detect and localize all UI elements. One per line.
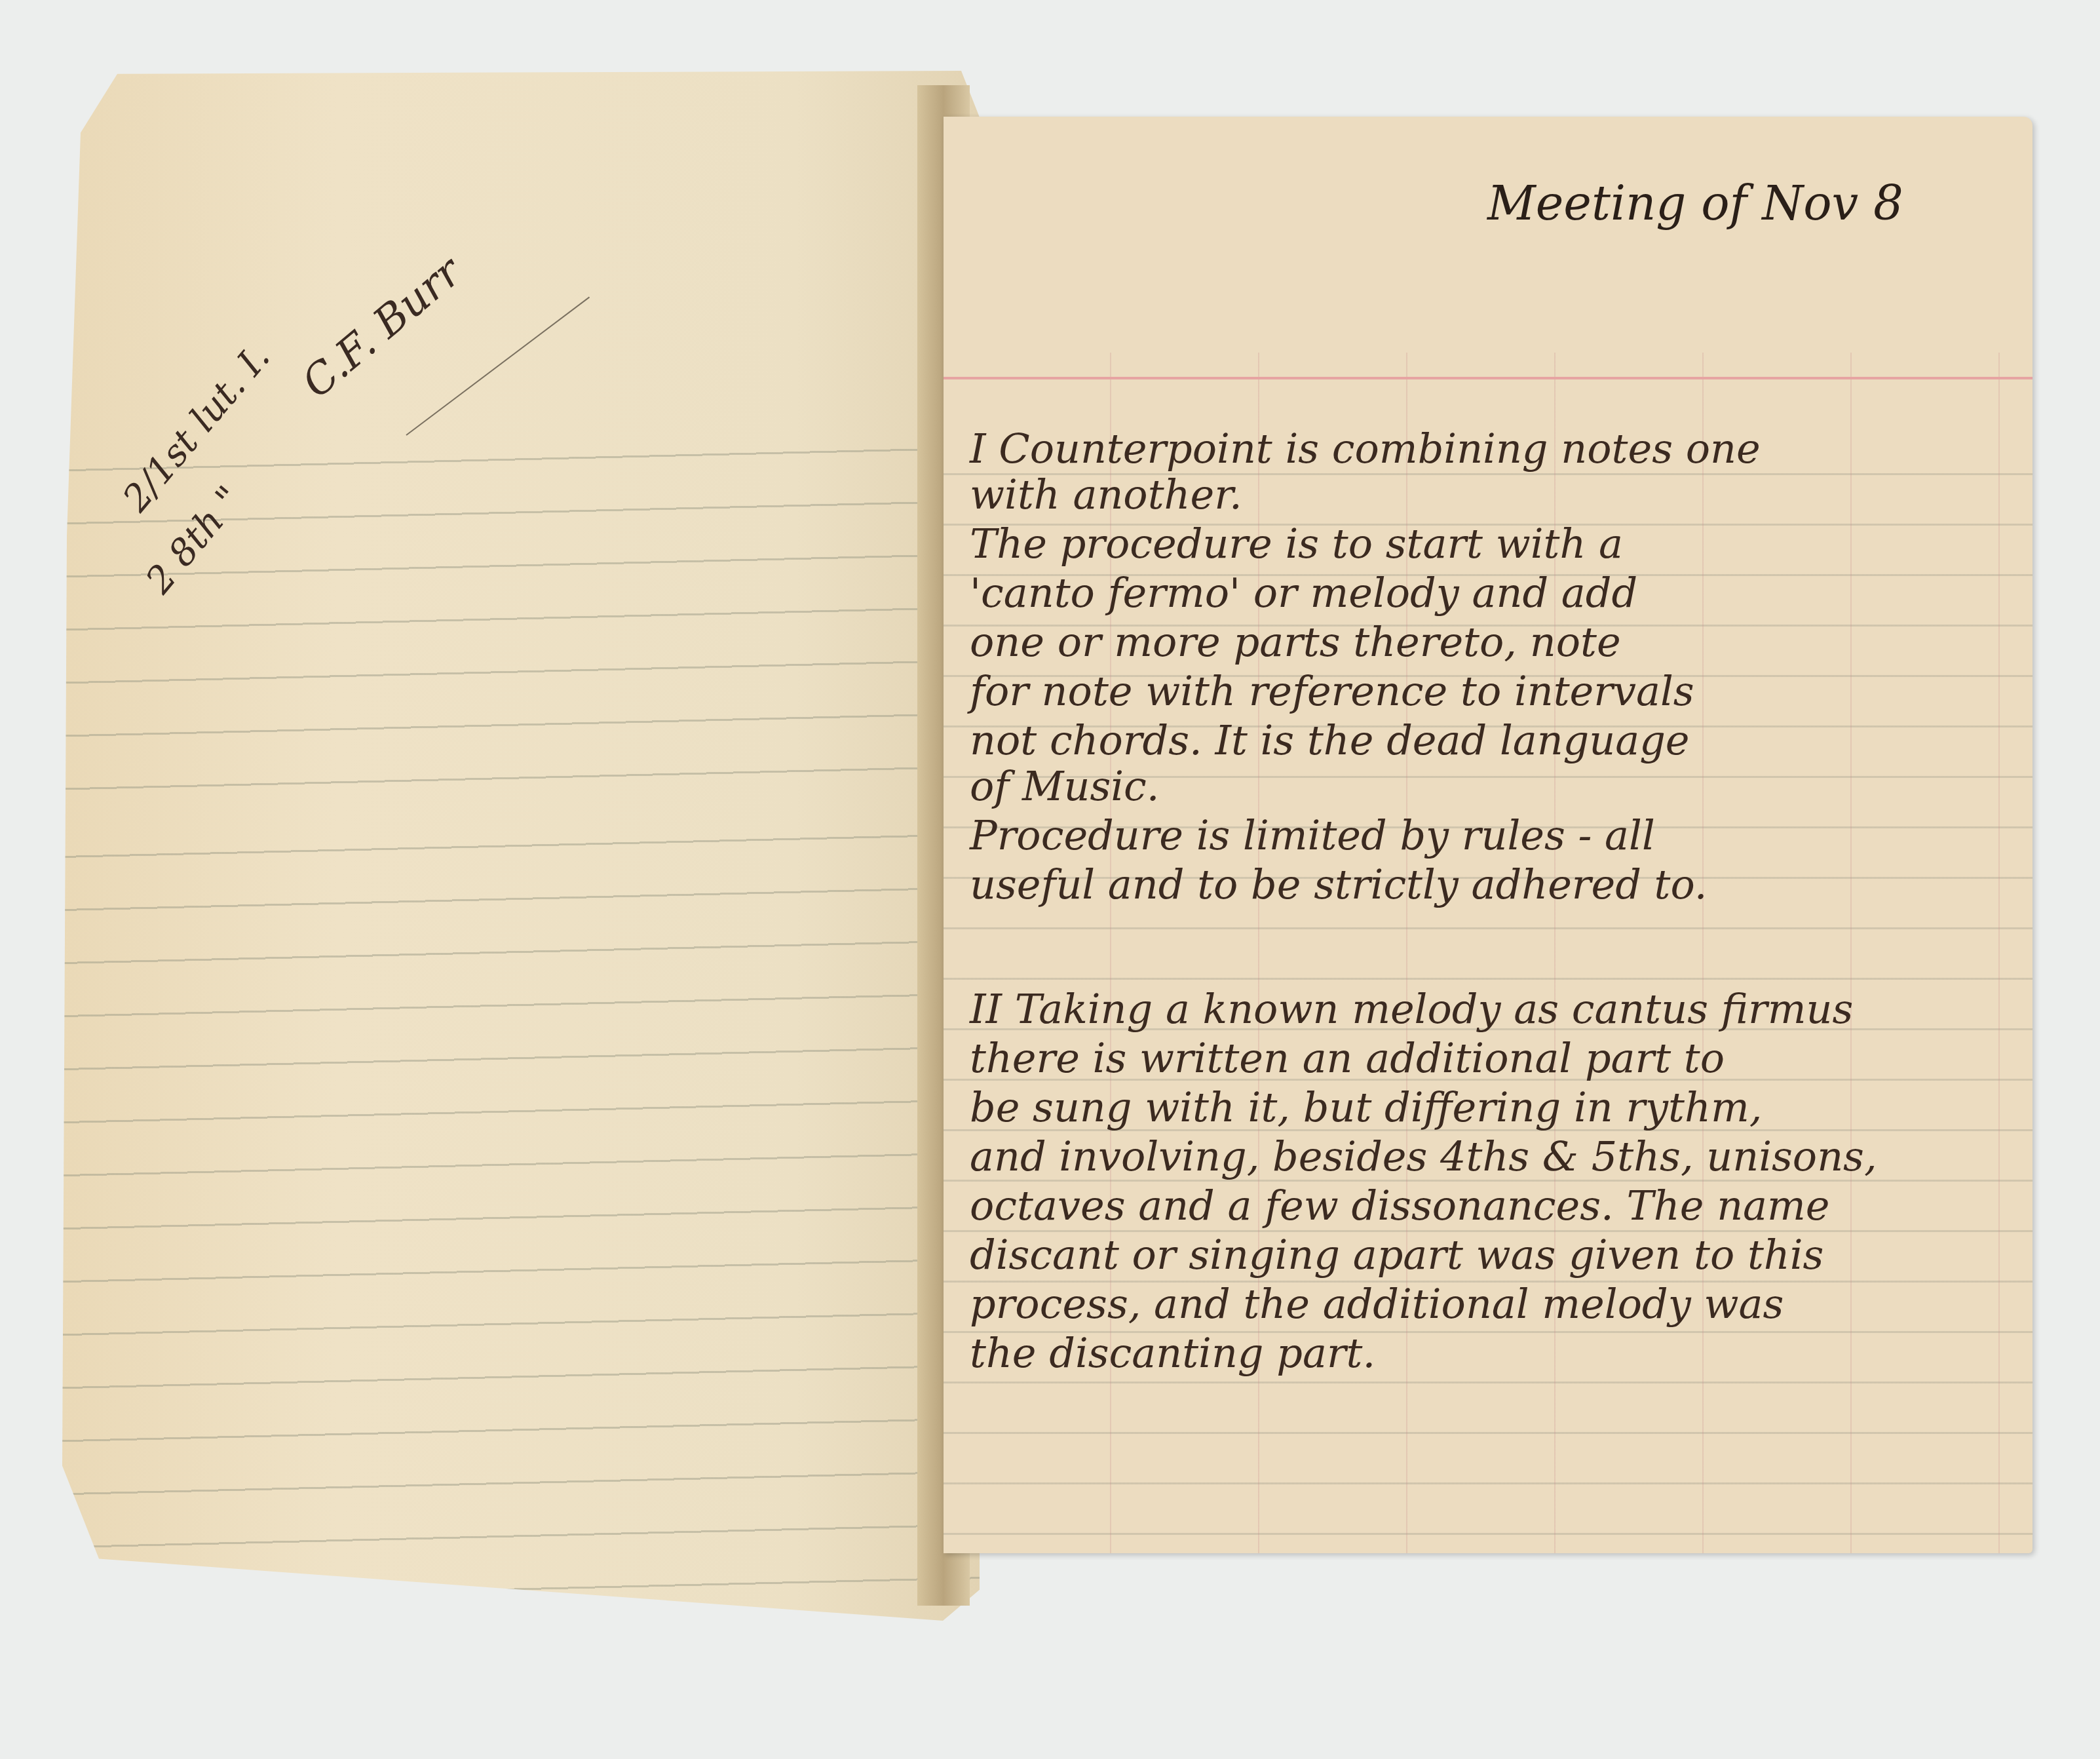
left-page: 2/1st lut. I. 2 8th " C.F. Burr xyxy=(62,71,980,1621)
signature: C.F. Burr xyxy=(293,248,470,408)
text-line: not chords. It is the dead language xyxy=(970,716,1690,764)
text-line: one or more parts thereto, note xyxy=(970,618,1621,666)
text-line: useful and to be strictly adhered to. xyxy=(970,860,1707,908)
header-rule xyxy=(944,377,2033,379)
text-line: the discanting part. xyxy=(970,1329,1375,1377)
text-line: of Music. xyxy=(970,762,1159,810)
text-line: I Counterpoint is combining notes one xyxy=(970,425,1761,473)
text-line: Procedure is limited by rules - all xyxy=(970,811,1655,859)
text-line: for note with reference to intervals xyxy=(970,667,1694,715)
text-line: II Taking a known melody as cantus firmu… xyxy=(970,985,1853,1033)
page-header: Meeting of Nov 8 xyxy=(1487,176,1903,231)
text-line: The procedure is to start with a xyxy=(970,520,1623,568)
text-line: 'canto fermo' or melody and add xyxy=(970,569,1637,617)
text-line: process, and the additional melody was xyxy=(970,1280,1784,1328)
text-line: there is written an additional part to xyxy=(970,1034,1725,1082)
text-line: discant or singing apart was given to th… xyxy=(970,1231,1823,1279)
signature-underline xyxy=(406,297,590,436)
text-line: octaves and a few dissonances. The name xyxy=(970,1182,1830,1229)
text-line: and involving, besides 4ths & 5ths, unis… xyxy=(970,1132,1877,1180)
text-line: be sung with it, but differing in rythm, xyxy=(970,1083,1762,1131)
ruled-lines xyxy=(62,438,980,1621)
right-page: Meeting of Nov 8 I Counterpoint is combi… xyxy=(944,117,2033,1553)
text-line: with another. xyxy=(970,471,1242,518)
